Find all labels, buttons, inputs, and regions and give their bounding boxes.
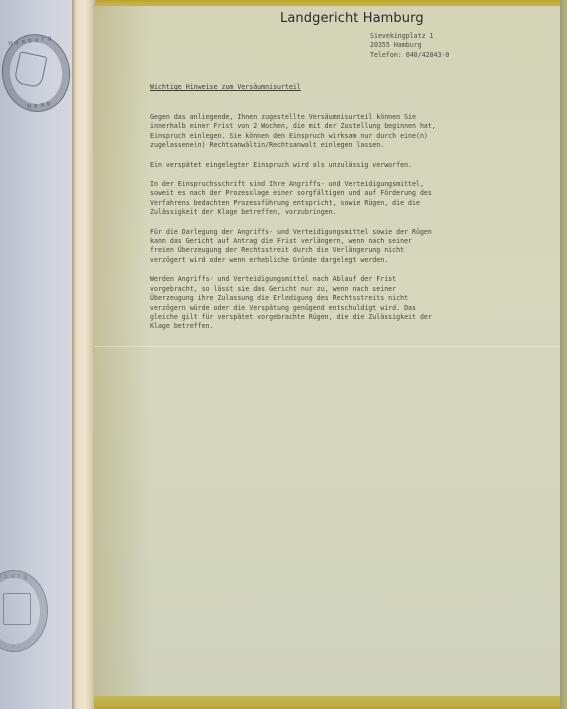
court-seal-stamp-icon: mburg ...: [0, 570, 48, 652]
body-line: Einspruch einlegen. Sie können den Einsp…: [150, 132, 535, 141]
body-paragraph: Gegen das anliegende, Ihnen zugestellte …: [150, 113, 535, 151]
stamp-ring-text-top: Hamburg: [0, 33, 65, 49]
address-phone: Telefon: 040/42843-0: [370, 51, 449, 60]
letter-body: Gegen das anliegende, Ihnen zugestellte …: [150, 113, 535, 342]
letter-page: Landgericht Hamburg Sievekingplatz 1 203…: [94, 6, 562, 703]
folded-page-strip: [72, 0, 96, 709]
body-paragraph: Ein verspätet eingelegter Einspruch wird…: [150, 161, 535, 170]
stamp-ring-text-bottom: Hamb: [7, 97, 73, 113]
body-line: zugelassene(n) Rechtsanwältin/Rechtsanwa…: [150, 141, 535, 150]
previous-page: Hamburg Hamb mburg ...: [0, 0, 82, 709]
body-line: Gegen das anliegende, Ihnen zugestellte …: [150, 113, 535, 122]
body-line: In der Einspruchsschrift sind Ihre Angri…: [150, 180, 535, 189]
body-line: Klage betreffen.: [150, 322, 535, 331]
body-line: soweit es nach der Prozesslage einer sor…: [150, 189, 535, 198]
coat-of-arms-icon: [3, 593, 31, 625]
body-line: Ein verspätet eingelegter Einspruch wird…: [150, 161, 535, 170]
body-paragraph: Werden Angriffs- und Verteidigungsmittel…: [150, 275, 535, 331]
court-seal-stamp-icon: Hamburg Hamb: [0, 30, 75, 117]
body-line: gleiche gilt für verspätet vorgebrachte …: [150, 313, 535, 322]
address-street: Sievekingplatz 1: [370, 32, 449, 41]
body-line: innerhalb einer Frist von 2 Wochen, die …: [150, 122, 535, 131]
paper-fold-line: [94, 346, 562, 347]
body-line: verzögert wird oder wenn erhebliche Grün…: [150, 256, 535, 265]
body-line: verzögern würde oder die Verspätung genü…: [150, 304, 535, 313]
court-name-heading: Landgericht Hamburg: [280, 11, 424, 26]
body-line: Überzeugung ihre Zulassung die Erledigun…: [150, 294, 535, 303]
body-line: freien Überzeugung der Rechtsstreit durc…: [150, 246, 535, 255]
body-line: Verfahrens bedachten Prozessführung ents…: [150, 199, 535, 208]
body-paragraph: In der Einspruchsschrift sind Ihre Angri…: [150, 180, 535, 218]
body-line: Werden Angriffs- und Verteidigungsmittel…: [150, 275, 535, 284]
coat-of-arms-icon: [13, 51, 47, 88]
body-line: Zulässigkeit der Klage betreffen, vorzub…: [150, 208, 535, 217]
table-edge-bottom: [94, 696, 562, 709]
table-edge-right: [560, 0, 567, 709]
subject-text: Wichtige Hinweise zum Versäumnisurteil: [150, 83, 301, 91]
body-line: Für die Darlegung der Angriffs- und Vert…: [150, 228, 535, 237]
body-paragraph: Für die Darlegung der Angriffs- und Vert…: [150, 228, 535, 266]
stamp-ring-text-top: mburg: [0, 573, 47, 580]
letter-subject: Wichtige Hinweise zum Versäumnisurteil: [150, 83, 301, 91]
body-line: vorgebracht, so lässt sie das Gericht nu…: [150, 285, 535, 294]
stamp-ring-text-bottom: ...: [0, 642, 47, 649]
address-city: 20355 Hamburg: [370, 41, 449, 50]
court-address: Sievekingplatz 1 20355 Hamburg Telefon: …: [370, 32, 449, 60]
